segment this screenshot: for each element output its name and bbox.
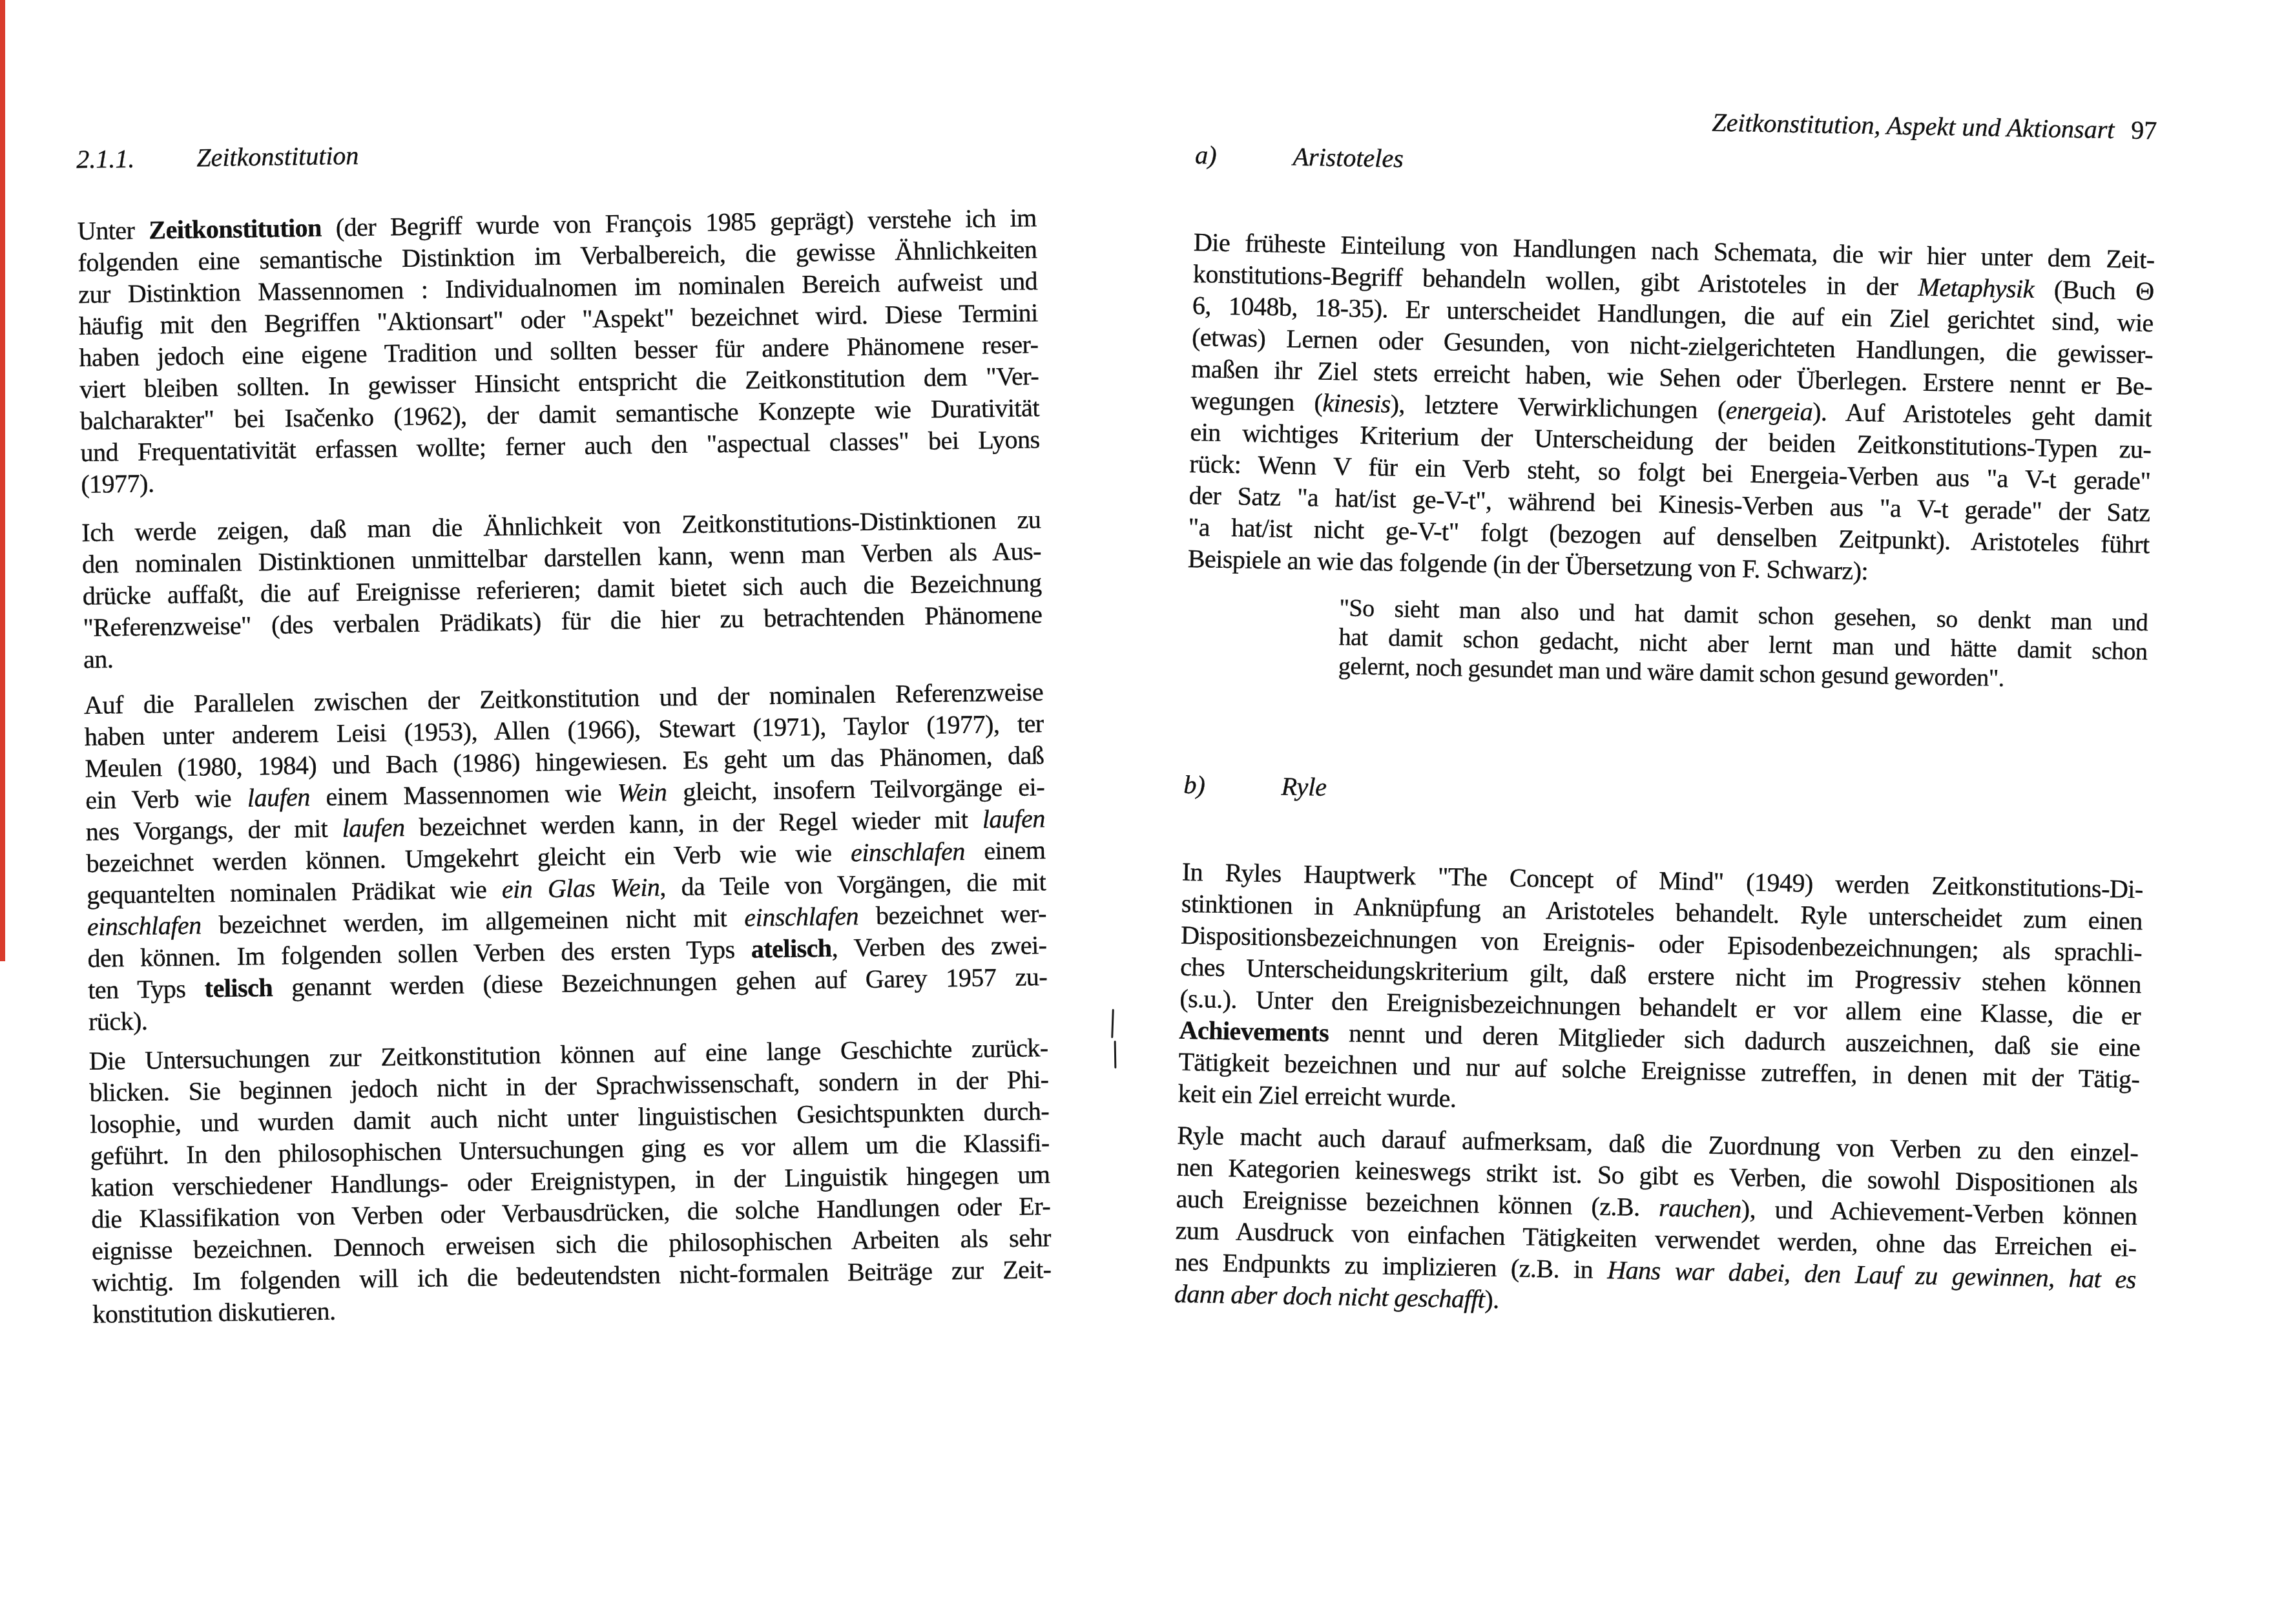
running-head: Zeitkonstitution, Aspekt und Aktionsart9… xyxy=(1196,97,2157,146)
section-number: 2.1.1. xyxy=(76,144,135,174)
right-page-column: Zeitkonstitution, Aspekt und Aktionsart9… xyxy=(1174,97,2157,1327)
block-quote: "So sieht man also und hat damit schon g… xyxy=(1186,591,2148,696)
section-label: a) xyxy=(1195,140,1217,170)
handwritten-tick-mark xyxy=(1111,1009,1114,1038)
section-title: Zeitkonstitution xyxy=(196,141,359,172)
scanned-page: 2.1.1.Zeitkonstitution Unter Zeitkonstit… xyxy=(0,0,2284,1624)
paragraph: Ryle macht auch darauf aufmerksam, daß d… xyxy=(1174,1119,2139,1327)
handwritten-tick-mark xyxy=(1114,1041,1117,1068)
section-heading-b: b)Ryle xyxy=(1183,769,2145,818)
paragraph: Ich werde zeigen, daß man die Ähnlichkei… xyxy=(81,503,1043,675)
paragraph: In Ryles Hauptwerk "The Concept of Mind"… xyxy=(1178,856,2143,1127)
paragraph: Die früheste Einteilung von Handlungen n… xyxy=(1187,226,2155,592)
section-title: Aristoteles xyxy=(1293,142,1404,173)
paragraph: Unter Zeitkonstitution (der Begriff wurd… xyxy=(78,202,1041,500)
paragraph: Auf die Parallelen zwischen der Zeitkons… xyxy=(84,676,1048,1037)
section-heading-a: a)Aristoteles xyxy=(1195,139,2157,188)
section-title: Ryle xyxy=(1281,772,1327,802)
red-margin-line xyxy=(0,0,5,961)
section-heading-2-1-1: 2.1.1.Zeitkonstitution xyxy=(76,130,1036,175)
page-number: 97 xyxy=(2131,116,2157,145)
section-label: b) xyxy=(1183,770,1205,800)
running-head-title: Zeitkonstitution, Aspekt und Aktionsart xyxy=(1712,108,2115,144)
paragraph: Die Untersuchungen zur Zeitkonstitution … xyxy=(88,1032,1052,1330)
left-page-column: 2.1.1.Zeitkonstitution Unter Zeitkonstit… xyxy=(76,130,1052,1330)
